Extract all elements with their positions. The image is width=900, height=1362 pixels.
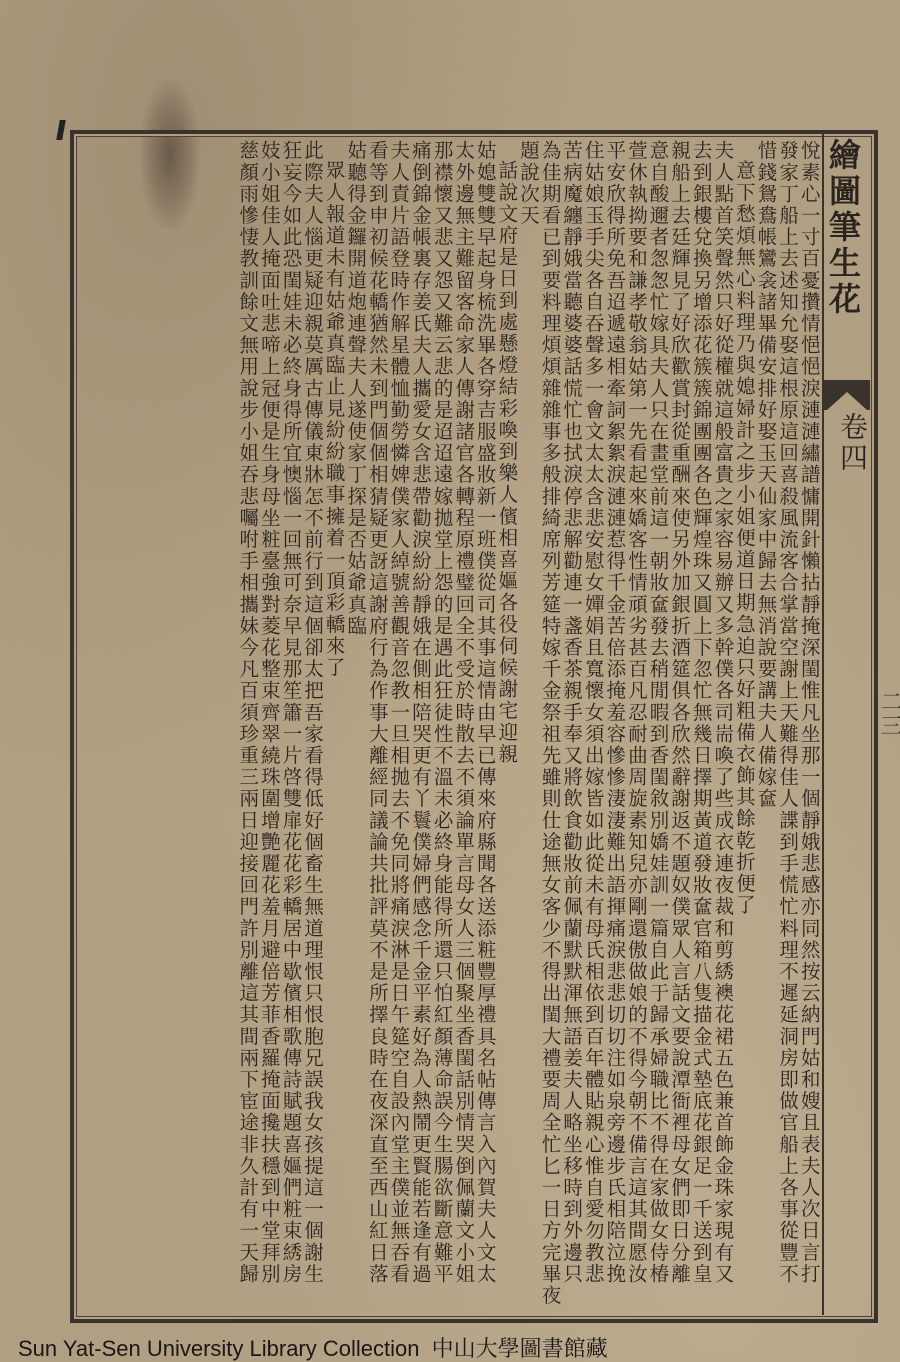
text-column: 發家丁船上去述知允娶這根原這回喜殺風流客合掌當空謝上天難得佳人諜到手慌忙料理不遲… [777,140,799,1305]
text-column: 慈顏雨慘悽教訓餘文無用說步小姐吞悲囑咐手相攜妹今凡百須珍重三兩日迎接回門許別離這… [237,140,259,1305]
text-column: 苦病魔纏靜娥當聽婆婆話慌忙也拭淚停悲解勸連一盞香茶親手奉又將飲食勸妝前佩蘭默默渾… [561,140,583,1305]
text-column: 夫人點首笑聲然只好從權就這般富貴之家容易辦又多幹僕各司耑喚了些成衣連夜裁和剪綉襖… [712,140,734,1305]
page-number: 二三 [874,690,900,738]
text-column: 妓小姐佳人掩面吐悲啼上冠便是生身母坐粧臺強對菱花整束齊翠繞珠圍增艷麗花羞月避倍芳… [259,140,281,1305]
text-column: 為佳期看已到要料理煩煩雜雜事多般排綺席列芳筵特嫁千金祭祖先雖則仕途無女客少不得出… [539,140,561,1305]
text-column: 看等到申初候花轎猶然未到門個個相猜疑更訝這謝府行為作事大離經同議論共批評莫不是所… [367,140,389,1305]
text-column: 姑聽得金鑼開道炮連聲夫人遂使家丁探是否姑爺真臨 [345,140,367,1305]
text-column: 太外邊無主難留客命家人傳謝諸官各轉程原禮璧回全不受於時散去不須論單言母女人三個聚… [453,140,475,1305]
text-column: 眾人報道未有姑爺真臨止見紛紛職事擁着一頂彩轎來了 [323,140,345,1325]
fishtail-ornament-icon [824,380,870,410]
text-column: 意下愁煩無心料理乃與媳婦計之步小姐便道日期急迫只好粗備衣飾其餘乾折便了 [734,140,756,1325]
text-column: 此際夫人惱更疑迎親莫厲古傳儀東牀怎不前行到這個卻太把吾家看得低好個畜生無道理恨只… [302,140,324,1305]
text-column: 意自酸邇者怱怱忙嫁具夫人只在畫堂前這一朝妝奩發去稍閒暇到香閨敘別嬌娃訓一篇自此于… [647,140,669,1305]
text-column: 那襟懷又悲又怨又難云悲的是迢迢遠嫁拋堂上怨的是遇此狂徒性不溫未必終身能得所還只怕… [431,140,453,1305]
collection-english: Sun Yat-Sen University Library Collectio… [18,1336,419,1361]
text-column: 萱休執拗要和謙孝敬翁姑第一先看起來嬌客性情頑劣甚百凡忍耐曲周旋素知兒亦剛還傲做娘… [626,140,648,1305]
text-column: 話說文府是日到處懸燈結彩喚到樂人儐相喜嫗各役伺候謝宅迎親 [496,140,518,1325]
text-column: 狂妄今如此恐閨娃未必終身得所宜懊惱一回無可奈早見那笙簫一片啓雙扉花花彩轎居中歇儐… [280,140,302,1305]
text-column: 平安欣得所免吾迢遞遠相牽詞絮絮淚漣漣惹得千金苦倍添掩羞容慘慘淒淒難出語揮痛淚悲悲… [604,140,626,1305]
text-column: 題說次天 [518,140,540,1305]
main-text-body: 悅素心一寸百憂攢情悒悒淚漣漣繡譜慵開針懶拈靜掩深閨惟凡坐那一個靜娥悲感亦同然按云… [80,140,820,1305]
text-column: 住姑娘玉手尖各自吞聲多一會文太太含悲安慰女嬋娟且寬懷女須出嫁皆如此從未有母氏相依… [582,140,604,1305]
book-title: 繪圖筆生花 [826,138,866,318]
collection-chinese: 中山大學圖書館藏 [432,1337,608,1362]
text-column: 惜錢鴛鴦帳鸞衾諸畢備安排好娶玉天仙家中歸去無消說要講夫人備嫁奩 [755,140,777,1305]
binding-mark [56,120,66,140]
text-column: 去到銀樓兌換另增添花簇簇錦團團各色輝煌珠又圓上下忽忙無幾日擇期黃道發妝奩官箱八隻… [690,140,712,1305]
text-column: 夫人責片語登時作解星體恤勤勞憐婢僕家人綽號善觀音忽教一旦相拋去不免同將痛淚淋是日… [388,140,410,1305]
text-column: 姑媳雙雙早起身梳洗畢各穿吉服盛妝新一班僕從司其事這情由早已傳來府縣聞各送添粧豐厚… [475,140,497,1305]
text-column: 痛倒錦金帳裏存姜氏夫人攜愛女含悲帶勸淚紛紛靜娥在側相陪哭更有丫鬟僕婦們感念千金平… [410,140,432,1305]
volume-label: 卷四 [832,412,872,474]
footer-credit: Sun Yat-Sen University Library Collectio… [18,1332,608,1362]
text-column: 悅素心一寸百憂攢情悒悒淚漣漣繡譜慵開針懶拈靜掩深閨惟凡坐那一個靜娥悲感亦同然按云… [798,140,820,1305]
text-column: 親船上去廷輝見了好欣歡賞封從重酬來使另外加銀折酒筵俱各欣然辭謝返不題奴僕眾人言話… [669,140,691,1305]
